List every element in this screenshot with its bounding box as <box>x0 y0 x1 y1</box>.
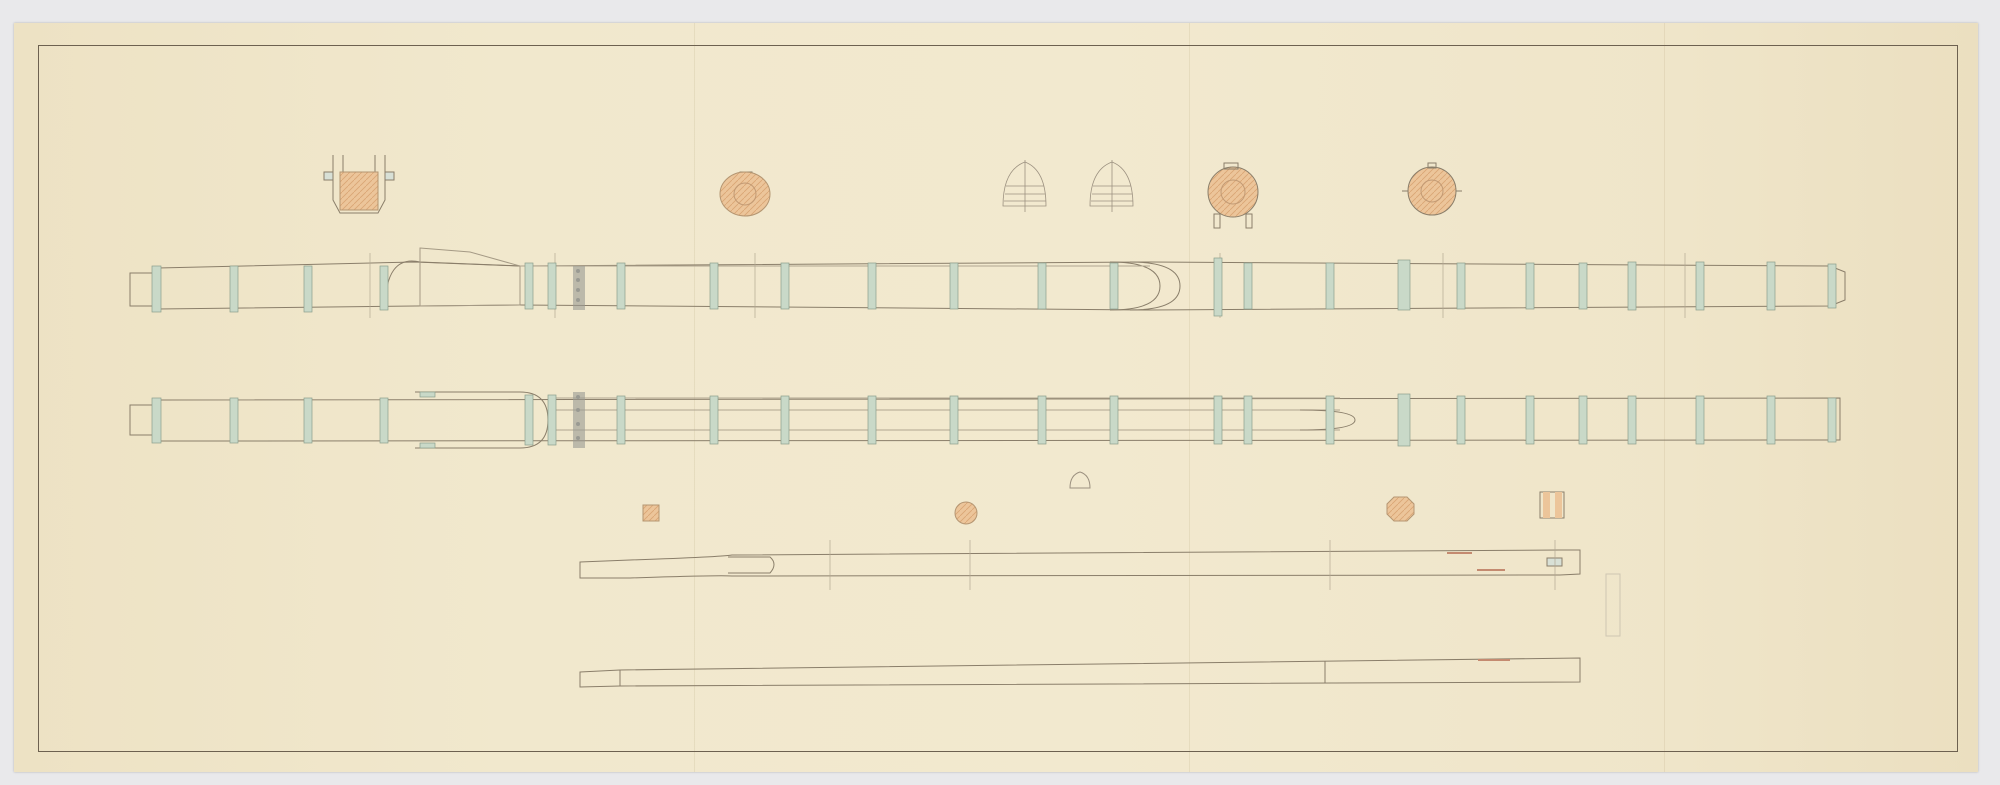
topmast-front-view <box>580 658 1580 687</box>
topmast-section-jk <box>643 505 659 521</box>
ogive-details <box>1003 160 1133 212</box>
section-gh-drawing <box>1402 163 1462 215</box>
section-cd-drawing <box>720 172 770 216</box>
section-jk-drawing <box>324 155 394 213</box>
topmast-section-ef <box>1387 497 1414 521</box>
topmast-side-view <box>580 550 1620 636</box>
cleat-clusters <box>573 266 585 448</box>
dimension-lines <box>370 253 1685 590</box>
topmast-section-cd <box>955 502 977 524</box>
topmast-section-gh <box>1540 492 1564 518</box>
ogive-topmast <box>1070 472 1090 488</box>
section-ef-drawing <box>1208 163 1258 228</box>
technical-drawing <box>0 0 2000 785</box>
iron-bands <box>152 258 1836 448</box>
